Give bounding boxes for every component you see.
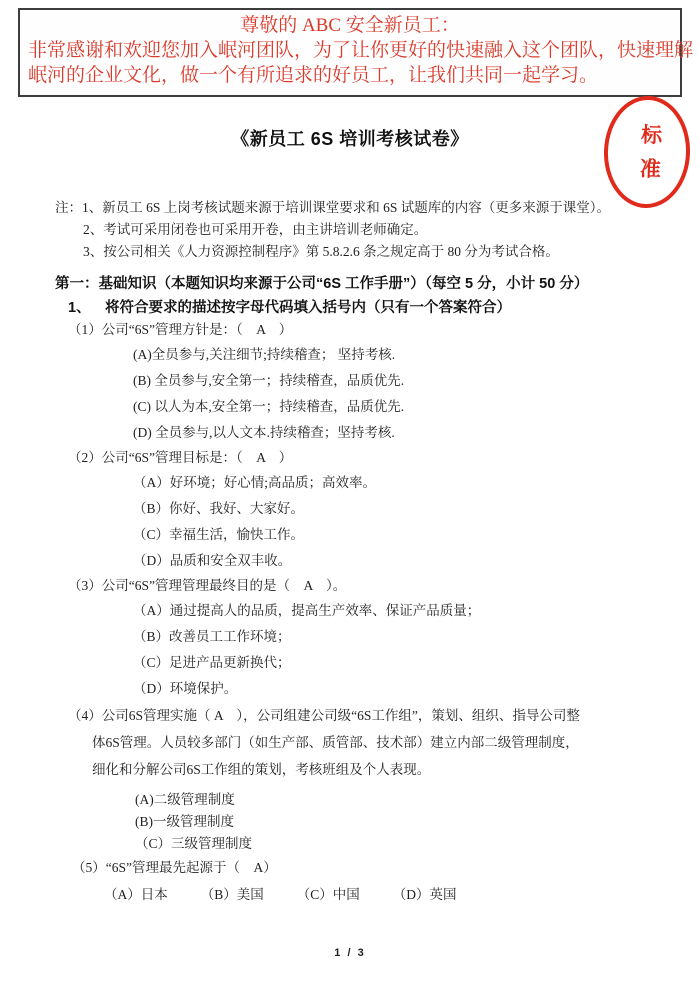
question-group-instruction: 1、将符合要求的描述按字母代码填入括号内（只有一个答案符合） (68, 296, 511, 317)
note-item-2: 2、考试可采用闭卷也可采用开卷，由主讲培训老师确定。 (55, 219, 610, 241)
question-3-option-b: （B）改善员工工作环境； (133, 624, 700, 650)
question-5-option-b: （B）美国 (201, 884, 264, 906)
stamp-char-bottom: 准 (640, 158, 662, 180)
question-5-option-a: （A）日本 (104, 884, 168, 906)
section-heading: 第一：基础知识（本题知识均来源于公司“6S 工作手册”）（每空 5 分，小计 5… (55, 272, 588, 293)
question-1-option-b: (B) 全员参与,安全第一；持续稽查，品质优先. (133, 368, 700, 394)
question-5-option-c: （C）中国 (297, 884, 360, 906)
instruction-number: 1、 (68, 296, 105, 317)
question-5-options-row: （A）日本 （B）美国 （C）中国 （D）英国 (104, 884, 700, 906)
question-2: （2）公司“6S”管理目标是：（ A ） （A）好环境；好心情;高品质；高效率。… (0, 446, 700, 574)
note-item-1: 注：1、新员工 6S 上岗考核试题来源于培训课堂要求和 6S 试题库的内容（更多… (55, 197, 610, 219)
note-item-3: 3、按公司相关《人力资源控制程序》第 5.8.2.6 条之规定高于 80 分为考… (55, 241, 610, 263)
question-4-option-c: （C）三级管理制度 (135, 833, 700, 855)
question-4-stem-line-3: 细化和分解公司6S工作组的策划，考核班组及个人表现。 (92, 756, 700, 783)
question-3-option-c: （C）足进产品更新换代； (133, 650, 700, 676)
page-title: 《新员工 6S 培训考核试卷》 (0, 125, 700, 151)
question-1: （1）公司“6S”管理方针是：（ A ） (A)全员参与,关注细节;持续稽查； … (0, 318, 700, 446)
question-2-option-b: （B）你好、我好、大家好。 (133, 496, 700, 522)
question-5: （5）“6S”管理最先起源于（ A） （A）日本 （B）美国 （C）中国 （D）… (0, 855, 700, 906)
note-prefix: 注： (55, 200, 82, 215)
welcome-notice-box: 尊敬的 ABC 安全新员工： 非常感谢和欢迎您加入岷河团队，为了让你更好的快速融… (18, 8, 682, 97)
question-5-option-d: （D）英国 (393, 884, 457, 906)
question-4-stem-line-1: （4）公司6S管理实施（ A ），公司组建公司级“6S工作组”，策划、组织、指导… (68, 702, 700, 729)
question-4-option-a: (A)二级管理制度 (135, 789, 700, 811)
question-list: （1）公司“6S”管理方针是：（ A ） (A)全员参与,关注细节;持续稽查； … (0, 318, 700, 906)
notice-salutation: 尊敬的 ABC 安全新员工： (28, 13, 672, 38)
question-3: （3）公司“6S”管理管理最终目的是（ A ）。 （A）通过提高人的品质，提高生… (0, 574, 700, 702)
question-1-stem: （1）公司“6S”管理方针是：（ A ） (68, 318, 700, 342)
question-2-option-c: （C）幸福生活，愉快工作。 (133, 522, 700, 548)
question-1-option-d: (D) 全员参与,以人文本.持续稽查；坚持考核. (133, 420, 700, 446)
exam-notes: 注：1、新员工 6S 上岗考核试题来源于培训课堂要求和 6S 试题库的内容（更多… (55, 197, 610, 263)
notice-body-line-1: 非常感谢和欢迎您加入岷河团队，为了让你更好的快速融入这个团队，快速理解 (28, 38, 672, 63)
question-3-option-d: （D）环境保护。 (133, 676, 700, 702)
question-2-stem: （2）公司“6S”管理目标是：（ A ） (68, 446, 700, 470)
question-3-stem: （3）公司“6S”管理管理最终目的是（ A ）。 (68, 574, 700, 598)
question-3-option-a: （A）通过提高人的品质，提高生产效率、保证产品质量； (133, 598, 700, 624)
question-4-options: (A)二级管理制度 (B)一级管理制度 （C）三级管理制度 (0, 789, 700, 855)
instruction-text: 将符合要求的描述按字母代码填入括号内（只有一个答案符合） (105, 300, 511, 316)
question-2-option-d: （D）品质和安全双丰收。 (133, 548, 700, 574)
question-4-option-b: (B)一级管理制度 (135, 811, 700, 833)
note-text-1: 1、新员工 6S 上岗考核试题来源于培训课堂要求和 6S 试题库的内容（更多来源… (82, 200, 610, 215)
question-1-option-c: (C) 以人为本,安全第一；持续稽查，品质优先. (133, 394, 700, 420)
question-2-option-a: （A）好环境；好心情;高品质；高效率。 (133, 470, 700, 496)
question-4: （4）公司6S管理实施（ A ），公司组建公司级“6S工作组”，策划、组织、指导… (0, 702, 700, 855)
question-5-stem: （5）“6S”管理最先起源于（ A） (72, 855, 700, 881)
notice-body-line-2: 岷河的企业文化，做一个有所追求的好员工，让我们共同一起学习。 (28, 63, 672, 88)
page-number: 1 / 3 (0, 947, 700, 959)
question-1-option-a: (A)全员参与,关注细节;持续稽查； 坚持考核. (133, 342, 700, 368)
question-4-stem-line-2: 体6S管理。人员较多部门（如生产部、质管部、技术部）建立内部二级管理制度， (92, 729, 700, 756)
standard-stamp-icon: 标 准 (602, 95, 692, 210)
